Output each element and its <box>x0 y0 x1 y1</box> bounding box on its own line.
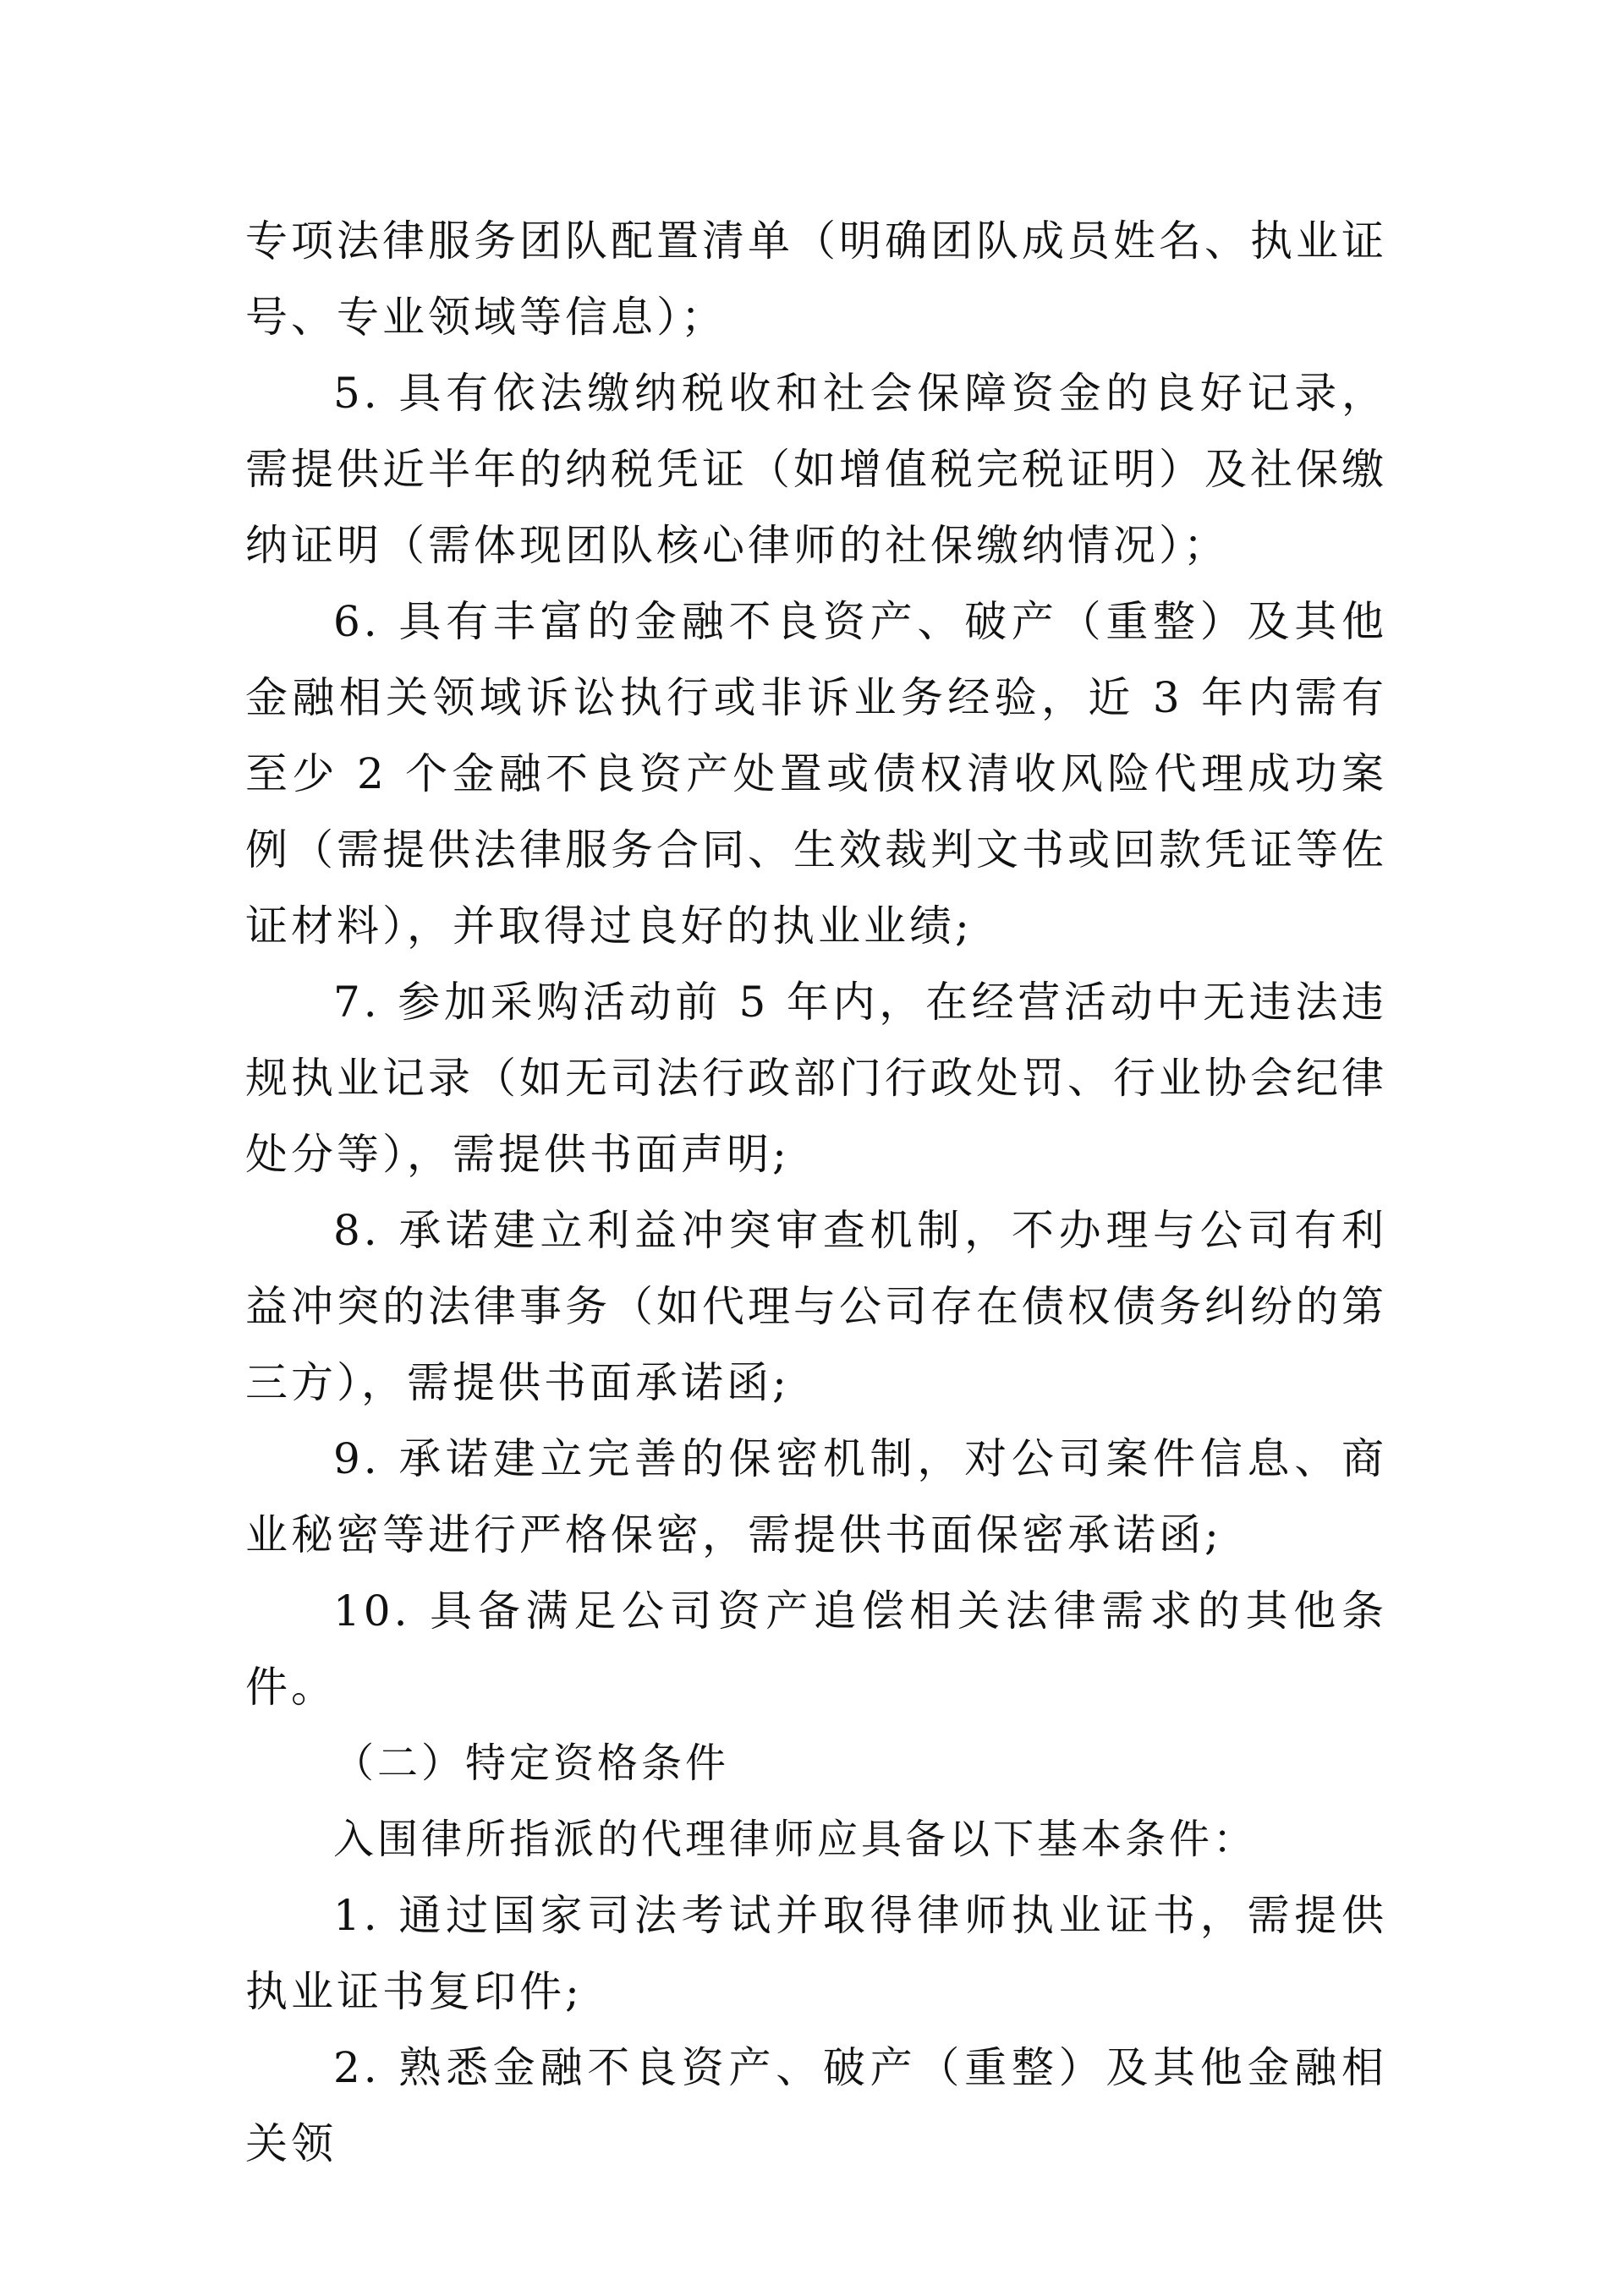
paragraph-item-10: 10. 具备满足公司资产追偿相关法律需求的其他条件。 <box>245 1573 1387 1725</box>
paragraph-item-9: 9. 承诺建立完善的保密机制，对公司案件信息、商业秘密等进行严格保密，需提供书面… <box>245 1421 1387 1573</box>
paragraph-item-7: 7. 参加采购活动前 5 年内，在经营活动中无违法违规执业记录（如无司法行政部门… <box>245 964 1387 1192</box>
paragraph-item-4-continued: 专项法律服务团队配置清单（明确团队成员姓名、执业证号、专业领域等信息）； <box>245 203 1387 355</box>
paragraph-item-5: 5. 具有依法缴纳税收和社会保障资金的良好记录，需提供近半年的纳税凭证（如增值税… <box>245 355 1387 584</box>
document-page: 专项法律服务团队配置清单（明确团队成员姓名、执业证号、专业领域等信息）； 5. … <box>245 203 1387 2182</box>
paragraph-item-6: 6. 具有丰富的金融不良资产、破产（重整）及其他金融相关领域诉讼执行或非诉业务经… <box>245 584 1387 964</box>
section-intro: 入围律所指派的代理律师应具备以下基本条件： <box>245 1801 1387 1877</box>
paragraph-special-item-2: 2. 熟悉金融不良资产、破产（重整）及其他金融相关领 <box>245 2030 1387 2182</box>
paragraph-special-item-1: 1. 通过国家司法考试并取得律师执业证书，需提供执业证书复印件; <box>245 1877 1387 2030</box>
section-heading: （二）特定资格条件 <box>245 1725 1387 1801</box>
paragraph-item-8: 8. 承诺建立利益冲突审查机制，不办理与公司有利益冲突的法律事务（如代理与公司存… <box>245 1192 1387 1421</box>
